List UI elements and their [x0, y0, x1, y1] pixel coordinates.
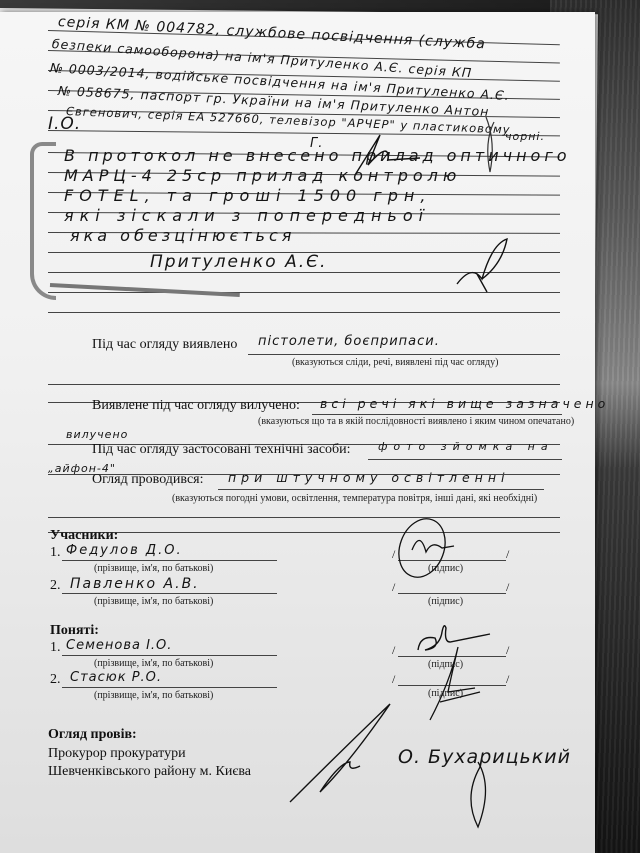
found-hint: (вказуються сліди, речі, виявлені під ча…: [292, 357, 498, 368]
bracketed-note-signature: Притуленко А.Є.: [150, 252, 327, 272]
participant-signature-line: [398, 593, 506, 594]
ruled-line: [48, 312, 560, 313]
conditions-hint: (вказуються погодні умови, освітлення, т…: [172, 493, 537, 504]
participant-name: Павленко А.В.: [70, 576, 200, 592]
witness-number: 2.: [50, 672, 61, 688]
witness-name-hint: (прізвище, ім'я, по батькові): [94, 690, 213, 701]
bracket-marker: [50, 283, 240, 297]
participant-name: Федулов Д.О.: [66, 543, 183, 558]
sign-slash: /: [506, 643, 509, 658]
handwritten-initial: І.О.: [48, 114, 81, 134]
seized-label: Виявлене під час огляду вилучено:: [92, 398, 300, 414]
sign-slash: /: [392, 580, 395, 595]
participant-name-line: [62, 593, 277, 594]
conducted-by-office: Шевченківського району м. Києва: [48, 764, 251, 780]
tech-means-value: фото зйомка на: [378, 440, 554, 453]
bracketed-note-line: яка обезцінюється: [70, 226, 295, 245]
conducted-by-position: Прокурор прокуратури: [48, 746, 186, 762]
found-field-line: [248, 354, 560, 355]
participants-heading: Учасники:: [50, 528, 118, 544]
bracketed-note-line: В протокол не внесено прилад оптичного: [64, 146, 571, 165]
found-value: пістолети, боєприпаси.: [258, 334, 440, 349]
participant-number: 2.: [50, 578, 61, 594]
participant-number: 1.: [50, 545, 61, 561]
bracketed-note-line: FOTEL, та гроші 1500 грн,: [64, 186, 431, 205]
participant-name-hint: (прізвище, ім'я, по батькові): [94, 563, 213, 574]
prosecutor-signature: [280, 702, 400, 812]
ruled-line: [48, 532, 560, 533]
found-label: Під час огляду виявлено: [92, 337, 237, 353]
signature-scribble: [452, 234, 512, 294]
witnesses-heading: Поняті:: [50, 623, 99, 639]
sign-slash: /: [392, 643, 395, 658]
conditions-value: при штучному освітленні: [228, 470, 509, 485]
seized-value: всі речі які вище зазначено: [320, 396, 609, 411]
seized-hint: (вказуються що та в якій послідовності в…: [258, 416, 574, 427]
witness-name: Стасюк Р.О.: [70, 670, 162, 685]
tech-field-line: [368, 459, 562, 460]
signature-scribble: [458, 757, 498, 837]
conditions-label: Огляд проводився:: [92, 472, 203, 488]
tech-means-label: Під час огляду застосовані технічні засо…: [92, 442, 351, 458]
bracket-marker: [30, 142, 56, 300]
ruled-line: [48, 384, 560, 385]
handwritten-line: чорні.: [505, 130, 545, 143]
seized-field-line: [312, 414, 562, 415]
sign-slash: /: [506, 547, 509, 562]
witness-name-line: [62, 687, 277, 688]
witness-name-hint: (прізвище, ім'я, по батькові): [94, 658, 213, 669]
conducted-by-heading: Огляд провів:: [48, 727, 137, 743]
witness-name: Семенова І.О.: [66, 638, 172, 653]
witness-name-line: [62, 655, 277, 656]
protocol-page: серія КМ № 004782, службове посвідчення …: [0, 12, 595, 853]
ruled-line: [48, 517, 560, 518]
participant-name-line: [62, 560, 277, 561]
signature-scribble: [420, 642, 490, 722]
participant-signature-hint: (підпис): [428, 596, 463, 607]
sign-slash: /: [506, 580, 509, 595]
participant-name-hint: (прізвище, ім'я, по батькові): [94, 596, 213, 607]
seized-value-continued: вилучено: [66, 428, 128, 441]
bracketed-note-line: які зіскали з попередньої: [64, 206, 429, 225]
bracketed-note-line: МАРЦ-4 25ср прилад контролю: [64, 166, 461, 185]
witness-number: 1.: [50, 640, 61, 656]
sign-slash: /: [506, 672, 509, 687]
conditions-field-line: [218, 489, 544, 490]
signature-scribble: [392, 510, 472, 580]
sign-slash: /: [392, 672, 395, 687]
